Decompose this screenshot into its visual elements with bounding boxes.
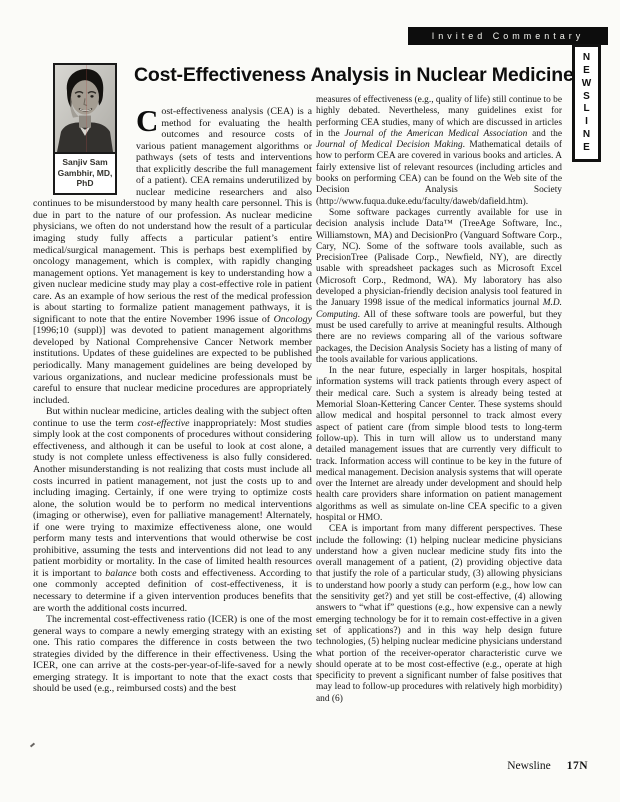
newsline-tab-letter: N xyxy=(583,130,590,140)
text-run: . Mathematical details of how to perform… xyxy=(316,140,562,206)
article-column-right: measures of effectiveness (e.g., quality… xyxy=(316,95,562,705)
article-paragraph: But within nuclear medicine, articles de… xyxy=(33,406,312,614)
italic-text-run: Oncology xyxy=(274,314,312,325)
invited-commentary-banner: Invited Commentary xyxy=(408,27,608,45)
newsline-tab-letter: L xyxy=(583,104,589,114)
italic-text-run: Journal of the American Medical Associat… xyxy=(344,129,527,139)
text-run: Some software packages currently availab… xyxy=(316,208,562,308)
footer-section-label: Newsline xyxy=(507,760,550,772)
newsline-tab-letter: S xyxy=(583,92,590,102)
text-run: CEA is important from many different per… xyxy=(316,524,562,703)
newsline-tab-letter: I xyxy=(585,117,588,127)
text-run: [1996;10 (suppl)] was devoted to patient… xyxy=(33,325,312,405)
article-paragraph: In the near future, especially in larger… xyxy=(316,366,562,524)
article-title: Cost-Effectiveness Analysis in Nuclear M… xyxy=(134,64,594,87)
article-paragraph: measures of effectiveness (e.g., quality… xyxy=(316,95,562,208)
article-column-left: Cost-effectiveness analysis (CEA) is a m… xyxy=(33,106,312,695)
newsline-tab-letter: N xyxy=(583,53,590,63)
article-paragraph: The incremental cost-effectiveness ratio… xyxy=(33,614,312,695)
article-paragraph: Some software packages currently availab… xyxy=(316,208,562,366)
italic-text-run: Journal of Medical Decision Making xyxy=(316,140,463,150)
page-footer: Newsline 17N xyxy=(0,760,588,772)
newsline-tab-letter: E xyxy=(583,143,590,153)
text-run: and the xyxy=(527,129,562,139)
text-run: inappropriately: Most studies simply loo… xyxy=(33,418,312,579)
footer-page-number: 17N xyxy=(567,760,588,772)
article-paragraph: CEA is important from many different per… xyxy=(316,524,562,705)
text-run: In the near future, especially in larger… xyxy=(316,366,562,523)
italic-text-run: cost-effective xyxy=(137,418,189,429)
scan-artifact-mark xyxy=(30,743,35,748)
newsline-sidebar-tab: NEWSLINE xyxy=(572,44,601,162)
italic-text-run: balance xyxy=(105,568,136,579)
text-run: The incremental cost-effectiveness ratio… xyxy=(33,614,312,694)
drop-cap: C xyxy=(136,106,161,134)
photo-float-spacer xyxy=(33,106,136,192)
journal-page: Invited Commentary NEWSLINE Cost-Effecti… xyxy=(0,0,620,802)
